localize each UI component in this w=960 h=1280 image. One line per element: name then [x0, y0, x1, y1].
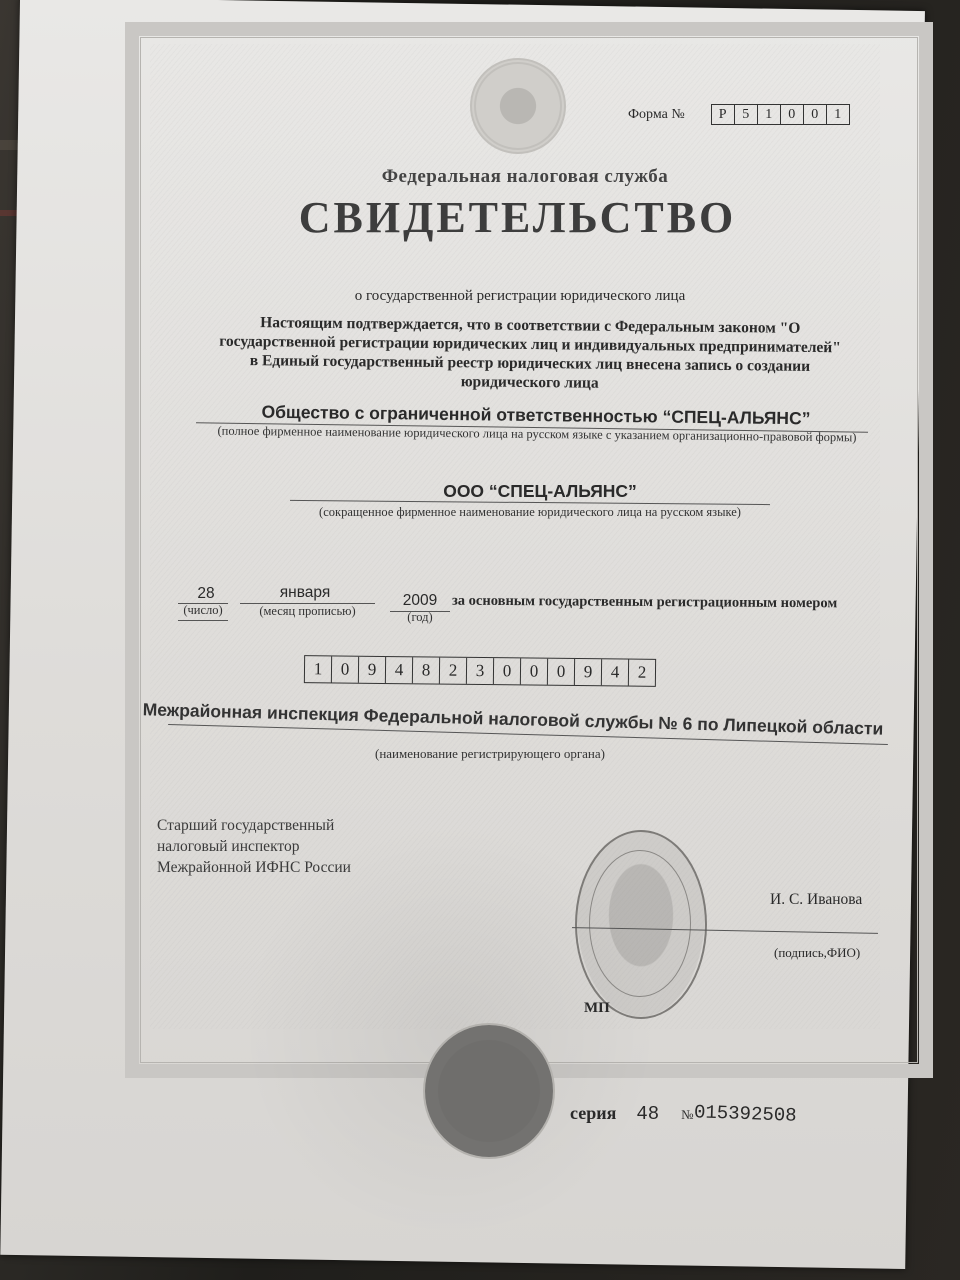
intro-paragraph: Настоящим подтверждается, что в соответс… [190, 312, 871, 395]
ogrn-digit: 9 [575, 659, 602, 685]
ogrn-digit: 0 [548, 659, 575, 685]
document-title: СВИДЕТЕЛЬСТВО [0, 192, 960, 243]
ogrn-number-boxes: 1 0 9 4 8 2 3 0 0 0 9 4 2 [304, 655, 656, 687]
form-code-char: 5 [735, 105, 758, 124]
ogrn-digit: 1 [305, 656, 332, 682]
inspector-position: Старший государственный налоговый инспек… [157, 815, 351, 878]
year-caption: (год) [390, 610, 450, 625]
form-code-char: Р [712, 105, 735, 124]
form-label: Форма № [628, 107, 685, 123]
agency-name: Федеральная налоговая служба [0, 166, 960, 188]
ogrn-digit: 2 [629, 660, 655, 686]
inspector-line: Межрайонной ИФНС России [157, 857, 351, 878]
form-code-char: 1 [758, 105, 781, 124]
form-code-char: 0 [781, 105, 804, 124]
official-stamp-icon [575, 830, 707, 1019]
authority-caption: (наименование регистрирующего органа) [360, 746, 620, 762]
series-and-number: серия 48 № 015392508 [570, 1103, 796, 1125]
coat-of-arms-emblem-icon [470, 58, 566, 154]
series-value: 48 [636, 1103, 659, 1125]
ogrn-digit: 0 [521, 658, 548, 684]
ogrn-digit: 4 [386, 657, 413, 683]
ogrn-digit: 3 [467, 658, 494, 684]
signer-name: И. С. Иванова [770, 891, 862, 909]
form-code-boxes: Р 5 1 0 0 1 [711, 104, 850, 125]
form-number: Форма № Р 5 1 0 0 1 [628, 104, 850, 125]
date-year: 2009 [395, 592, 445, 610]
ogrn-digit: 2 [440, 658, 467, 684]
inspector-line: налоговый инспектор [157, 836, 351, 857]
certificate-number: 015392508 [693, 1101, 796, 1127]
number-sign: № [681, 1107, 693, 1123]
short-name-caption: (сокращенное фирменное наименование юрид… [280, 505, 780, 520]
stamp-inner-ring [589, 850, 691, 997]
ogrn-digit: 8 [413, 657, 440, 683]
day-caption: (число) [170, 603, 236, 618]
hologram-seal-icon [425, 1025, 553, 1157]
underline [178, 620, 228, 621]
ogrn-digit: 0 [332, 656, 359, 682]
date-month: января [240, 584, 370, 602]
ogrn-digit: 4 [602, 659, 629, 685]
stamp-place-label: МП [584, 1000, 610, 1017]
signature-caption: (подпись,ФИО) [774, 945, 860, 961]
inspector-line: Старший государственный [157, 815, 351, 836]
ogrn-digit: 0 [494, 658, 521, 684]
company-short-name: ООО “СПЕЦ-АЛЬЯНС” [330, 481, 750, 502]
date-day: 28 [186, 585, 226, 603]
month-caption: (месяц прописью) [240, 604, 375, 619]
ogrn-digit: 9 [359, 657, 386, 683]
series-label: серия [570, 1103, 616, 1124]
form-code-char: 0 [804, 105, 827, 124]
document-subtitle: о государственной регистрации юридическо… [0, 288, 960, 305]
form-code-char: 1 [827, 105, 849, 124]
registration-number-label: за основным государственным регистрацион… [452, 593, 837, 613]
